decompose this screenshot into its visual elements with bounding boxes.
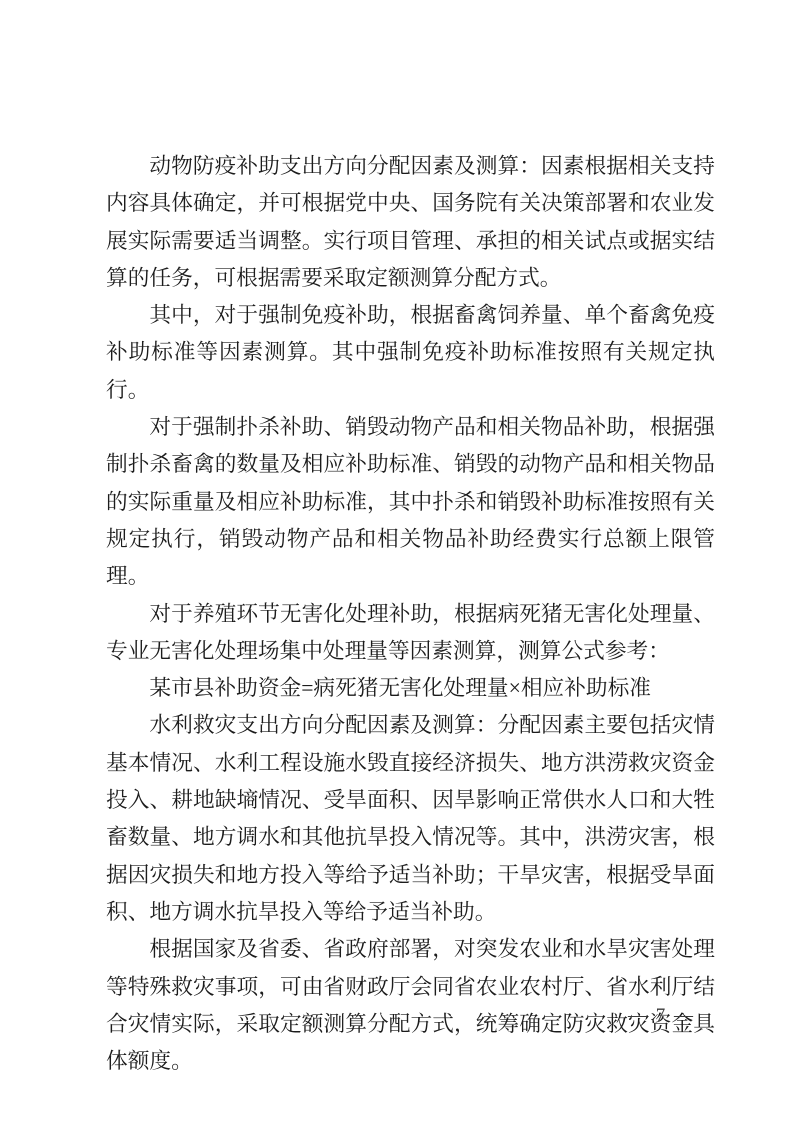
paragraph-animal-epidemic-factors: 动物防疫补助支出方向分配因素及测算：因素根据相关支持内容具体确定，并可根据党中央… <box>106 148 715 297</box>
formula-line: 某市县补助资金=病死猪无害化处理量×相应补助标准 <box>106 670 715 707</box>
document-body: 动物防疫补助支出方向分配因素及测算：因素根据相关支持内容具体确定，并可根据党中央… <box>106 148 715 1080</box>
paragraph-special-disaster-relief: 根据国家及省委、省政府部署，对突发农业和水旱灾害处理等特殊救灾事项，可由省财政厅… <box>106 931 715 1080</box>
page-number: — 7 — <box>628 1005 695 1027</box>
paragraph-harmless-treatment-subsidy: 对于养殖环节无害化处理补助，根据病死猪无害化处理量、专业无害化处理场集中处理量等… <box>106 596 715 671</box>
paragraph-compulsory-immunization: 其中，对于强制免疫补助，根据畜禽饲养量、单个畜禽免疫补助标准等因素测算。其中强制… <box>106 297 715 409</box>
document-page: 动物防疫补助支出方向分配因素及测算：因素根据相关支持内容具体确定，并可根据党中央… <box>0 0 793 1122</box>
paragraph-culling-destruction-subsidy: 对于强制扑杀补助、销毁动物产品和相关物品补助，根据强制扑杀畜禽的数量及相应补助标… <box>106 409 715 595</box>
paragraph-water-disaster-relief-factors: 水利救灾支出方向分配因素及测算：分配因素主要包括灾情基本情况、水利工程设施水毁直… <box>106 707 715 931</box>
